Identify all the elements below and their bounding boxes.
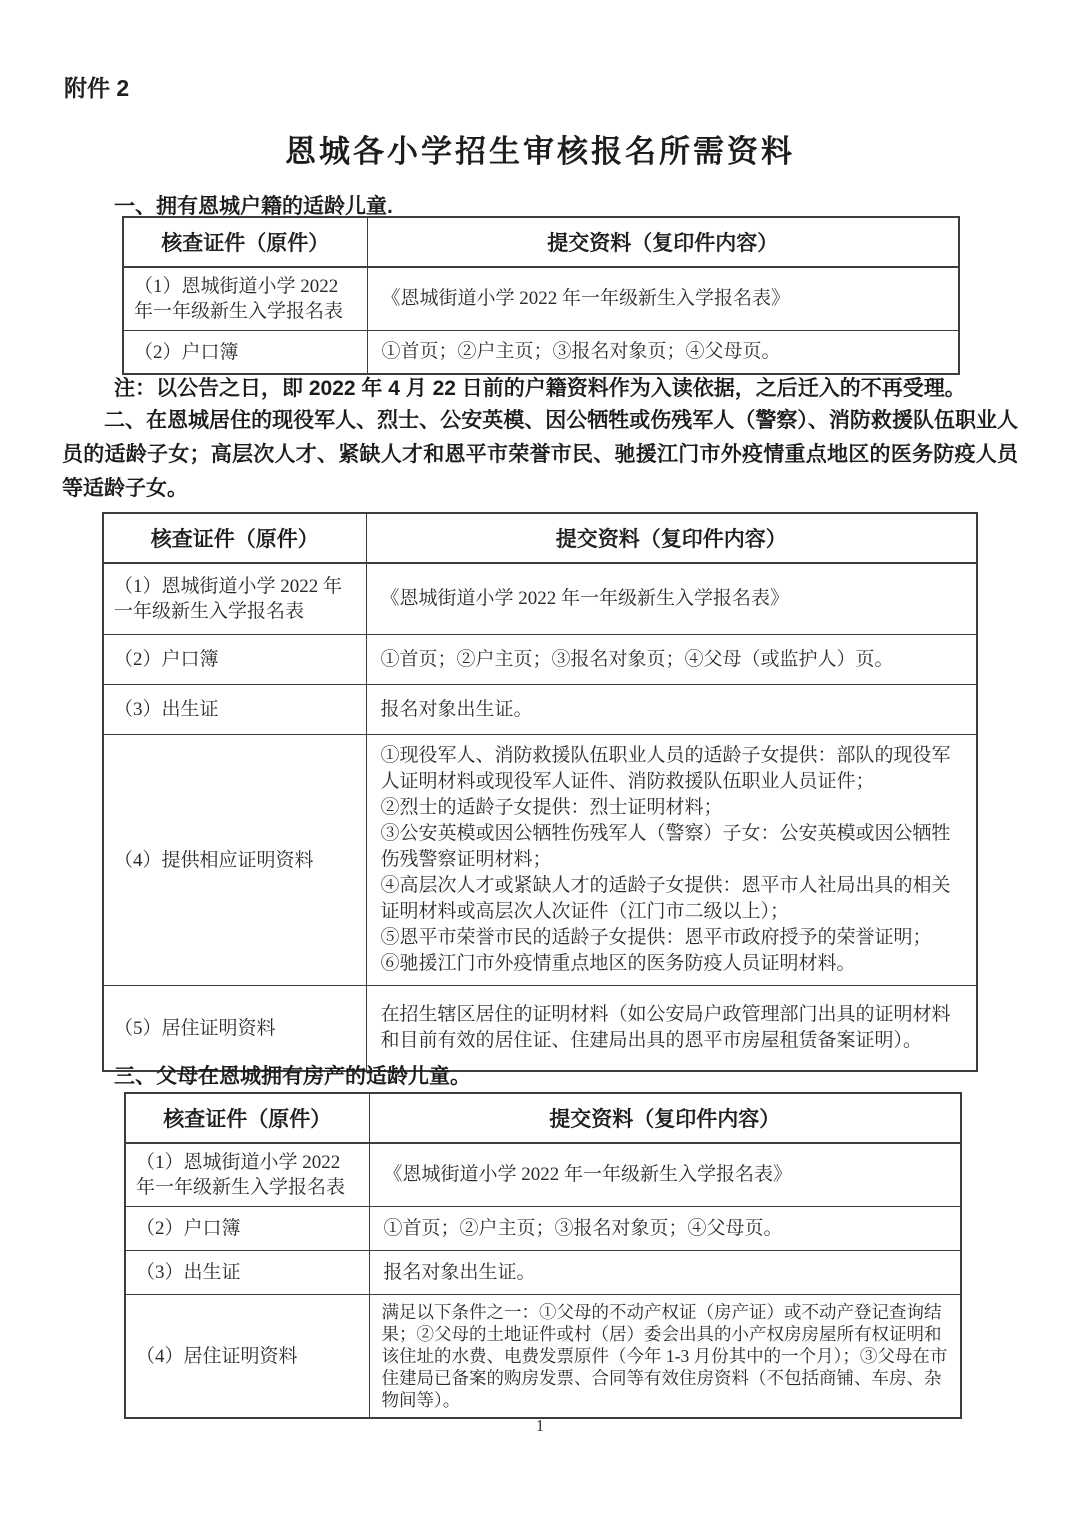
column-header-documents: 核查证件（原件）	[123, 217, 367, 267]
column-header-documents: 核查证件（原件）	[125, 1093, 369, 1143]
column-header-documents: 核查证件（原件）	[103, 513, 366, 563]
cell-document: （4）居住证明资料	[125, 1295, 369, 1419]
cell-document: （1）恩城街道小学 2022 年一年级新生入学报名表	[103, 563, 366, 635]
table-row: （2）户口簿 ①首页；②户主页；③报名对象页；④父母（或监护人）页。	[103, 635, 977, 685]
cell-materials: ①首页；②户主页；③报名对象页；④父母（或监护人）页。	[366, 635, 977, 685]
table-row: （2）户口簿 ①首页；②户主页；③报名对象页；④父母页。	[125, 1207, 961, 1251]
cell-materials: ①现役军人、消防救援队伍职业人员的适龄子女提供：部队的现役军人证明材料或现役军人…	[366, 735, 977, 986]
page-title: 恩城各小学招生审核报名所需资料	[0, 126, 1080, 171]
section-2-heading: 二、在恩城居住的现役军人、烈士、公安英模、因公牺牲或伤残军人（警察）、消防救援队…	[62, 404, 1018, 506]
document-page: 附件 2 恩城各小学招生审核报名所需资料 一、拥有恩城户籍的适龄儿童. 核查证件…	[0, 0, 1080, 1527]
page-number: 1	[0, 1416, 1080, 1436]
section-3-table: 核查证件（原件） 提交资料（复印件内容） （1）恩城街道小学 2022 年一年级…	[124, 1092, 962, 1419]
cell-document: （2）户口簿	[103, 635, 366, 685]
table-row: （4）居住证明资料 满足以下条件之一：①父母的不动产权证（房产证）或不动产登记查…	[125, 1295, 961, 1419]
section-2-table: 核查证件（原件） 提交资料（复印件内容） （1）恩城街道小学 2022 年一年级…	[102, 512, 978, 1072]
cell-materials: 满足以下条件之一：①父母的不动产权证（房产证）或不动产登记查询结果；②父母的土地…	[369, 1295, 961, 1419]
column-header-materials: 提交资料（复印件内容）	[367, 217, 959, 267]
table-row: （3）出生证 报名对象出生证。	[125, 1251, 961, 1295]
cell-document: （1）恩城街道小学 2022 年一年级新生入学报名表	[123, 267, 367, 331]
table-row: （2）户口簿 ①首页；②户主页；③报名对象页；④父母页。	[123, 331, 959, 375]
cell-materials: ①首页；②户主页；③报名对象页；④父母页。	[367, 331, 959, 375]
cell-materials: ①首页；②户主页；③报名对象页；④父母页。	[369, 1207, 961, 1251]
cell-materials: 报名对象出生证。	[366, 685, 977, 735]
column-header-materials: 提交资料（复印件内容）	[366, 513, 977, 563]
cell-document: （1）恩城街道小学 2022 年一年级新生入学报名表	[125, 1143, 369, 1207]
table-row: （5）居住证明资料 在招生辖区居住的证明材料（如公安局户政管理部门出具的证明材料…	[103, 986, 977, 1072]
table-row: （4）提供相应证明资料 ①现役军人、消防救援队伍职业人员的适龄子女提供：部队的现…	[103, 735, 977, 986]
table-row: （1）恩城街道小学 2022 年一年级新生入学报名表 《恩城街道小学 2022 …	[123, 267, 959, 331]
cell-document: （2）户口簿	[125, 1207, 369, 1251]
attachment-label: 附件 2	[64, 70, 129, 103]
table-row: （3）出生证 报名对象出生证。	[103, 685, 977, 735]
table-header-row: 核查证件（原件） 提交资料（复印件内容）	[123, 217, 959, 267]
cell-document: （4）提供相应证明资料	[103, 735, 366, 986]
table-row: （1）恩城街道小学 2022 年一年级新生入学报名表 《恩城街道小学 2022 …	[103, 563, 977, 635]
cell-materials: 报名对象出生证。	[369, 1251, 961, 1295]
cell-materials: 在招生辖区居住的证明材料（如公安局户政管理部门出具的证明材料和目前有效的居住证、…	[366, 986, 977, 1072]
column-header-materials: 提交资料（复印件内容）	[369, 1093, 961, 1143]
section-1-note: 注：以公告之日，即 2022 年 4 月 22 日前的户籍资料作为入读依据，之后…	[114, 372, 966, 402]
cell-materials: 《恩城街道小学 2022 年一年级新生入学报名表》	[367, 267, 959, 331]
table-row: （1）恩城街道小学 2022 年一年级新生入学报名表 《恩城街道小学 2022 …	[125, 1143, 961, 1207]
cell-document: （3）出生证	[103, 685, 366, 735]
table-header-row: 核查证件（原件） 提交资料（复印件内容）	[103, 513, 977, 563]
cell-materials: 《恩城街道小学 2022 年一年级新生入学报名表》	[366, 563, 977, 635]
section-3-heading: 三、父母在恩城拥有房产的适龄儿童。	[114, 1060, 471, 1094]
cell-document: （5）居住证明资料	[103, 986, 366, 1072]
section-1-table: 核查证件（原件） 提交资料（复印件内容） （1）恩城街道小学 2022 年一年级…	[122, 216, 960, 375]
cell-document: （3）出生证	[125, 1251, 369, 1295]
cell-document: （2）户口簿	[123, 331, 367, 375]
table-header-row: 核查证件（原件） 提交资料（复印件内容）	[125, 1093, 961, 1143]
cell-materials: 《恩城街道小学 2022 年一年级新生入学报名表》	[369, 1143, 961, 1207]
